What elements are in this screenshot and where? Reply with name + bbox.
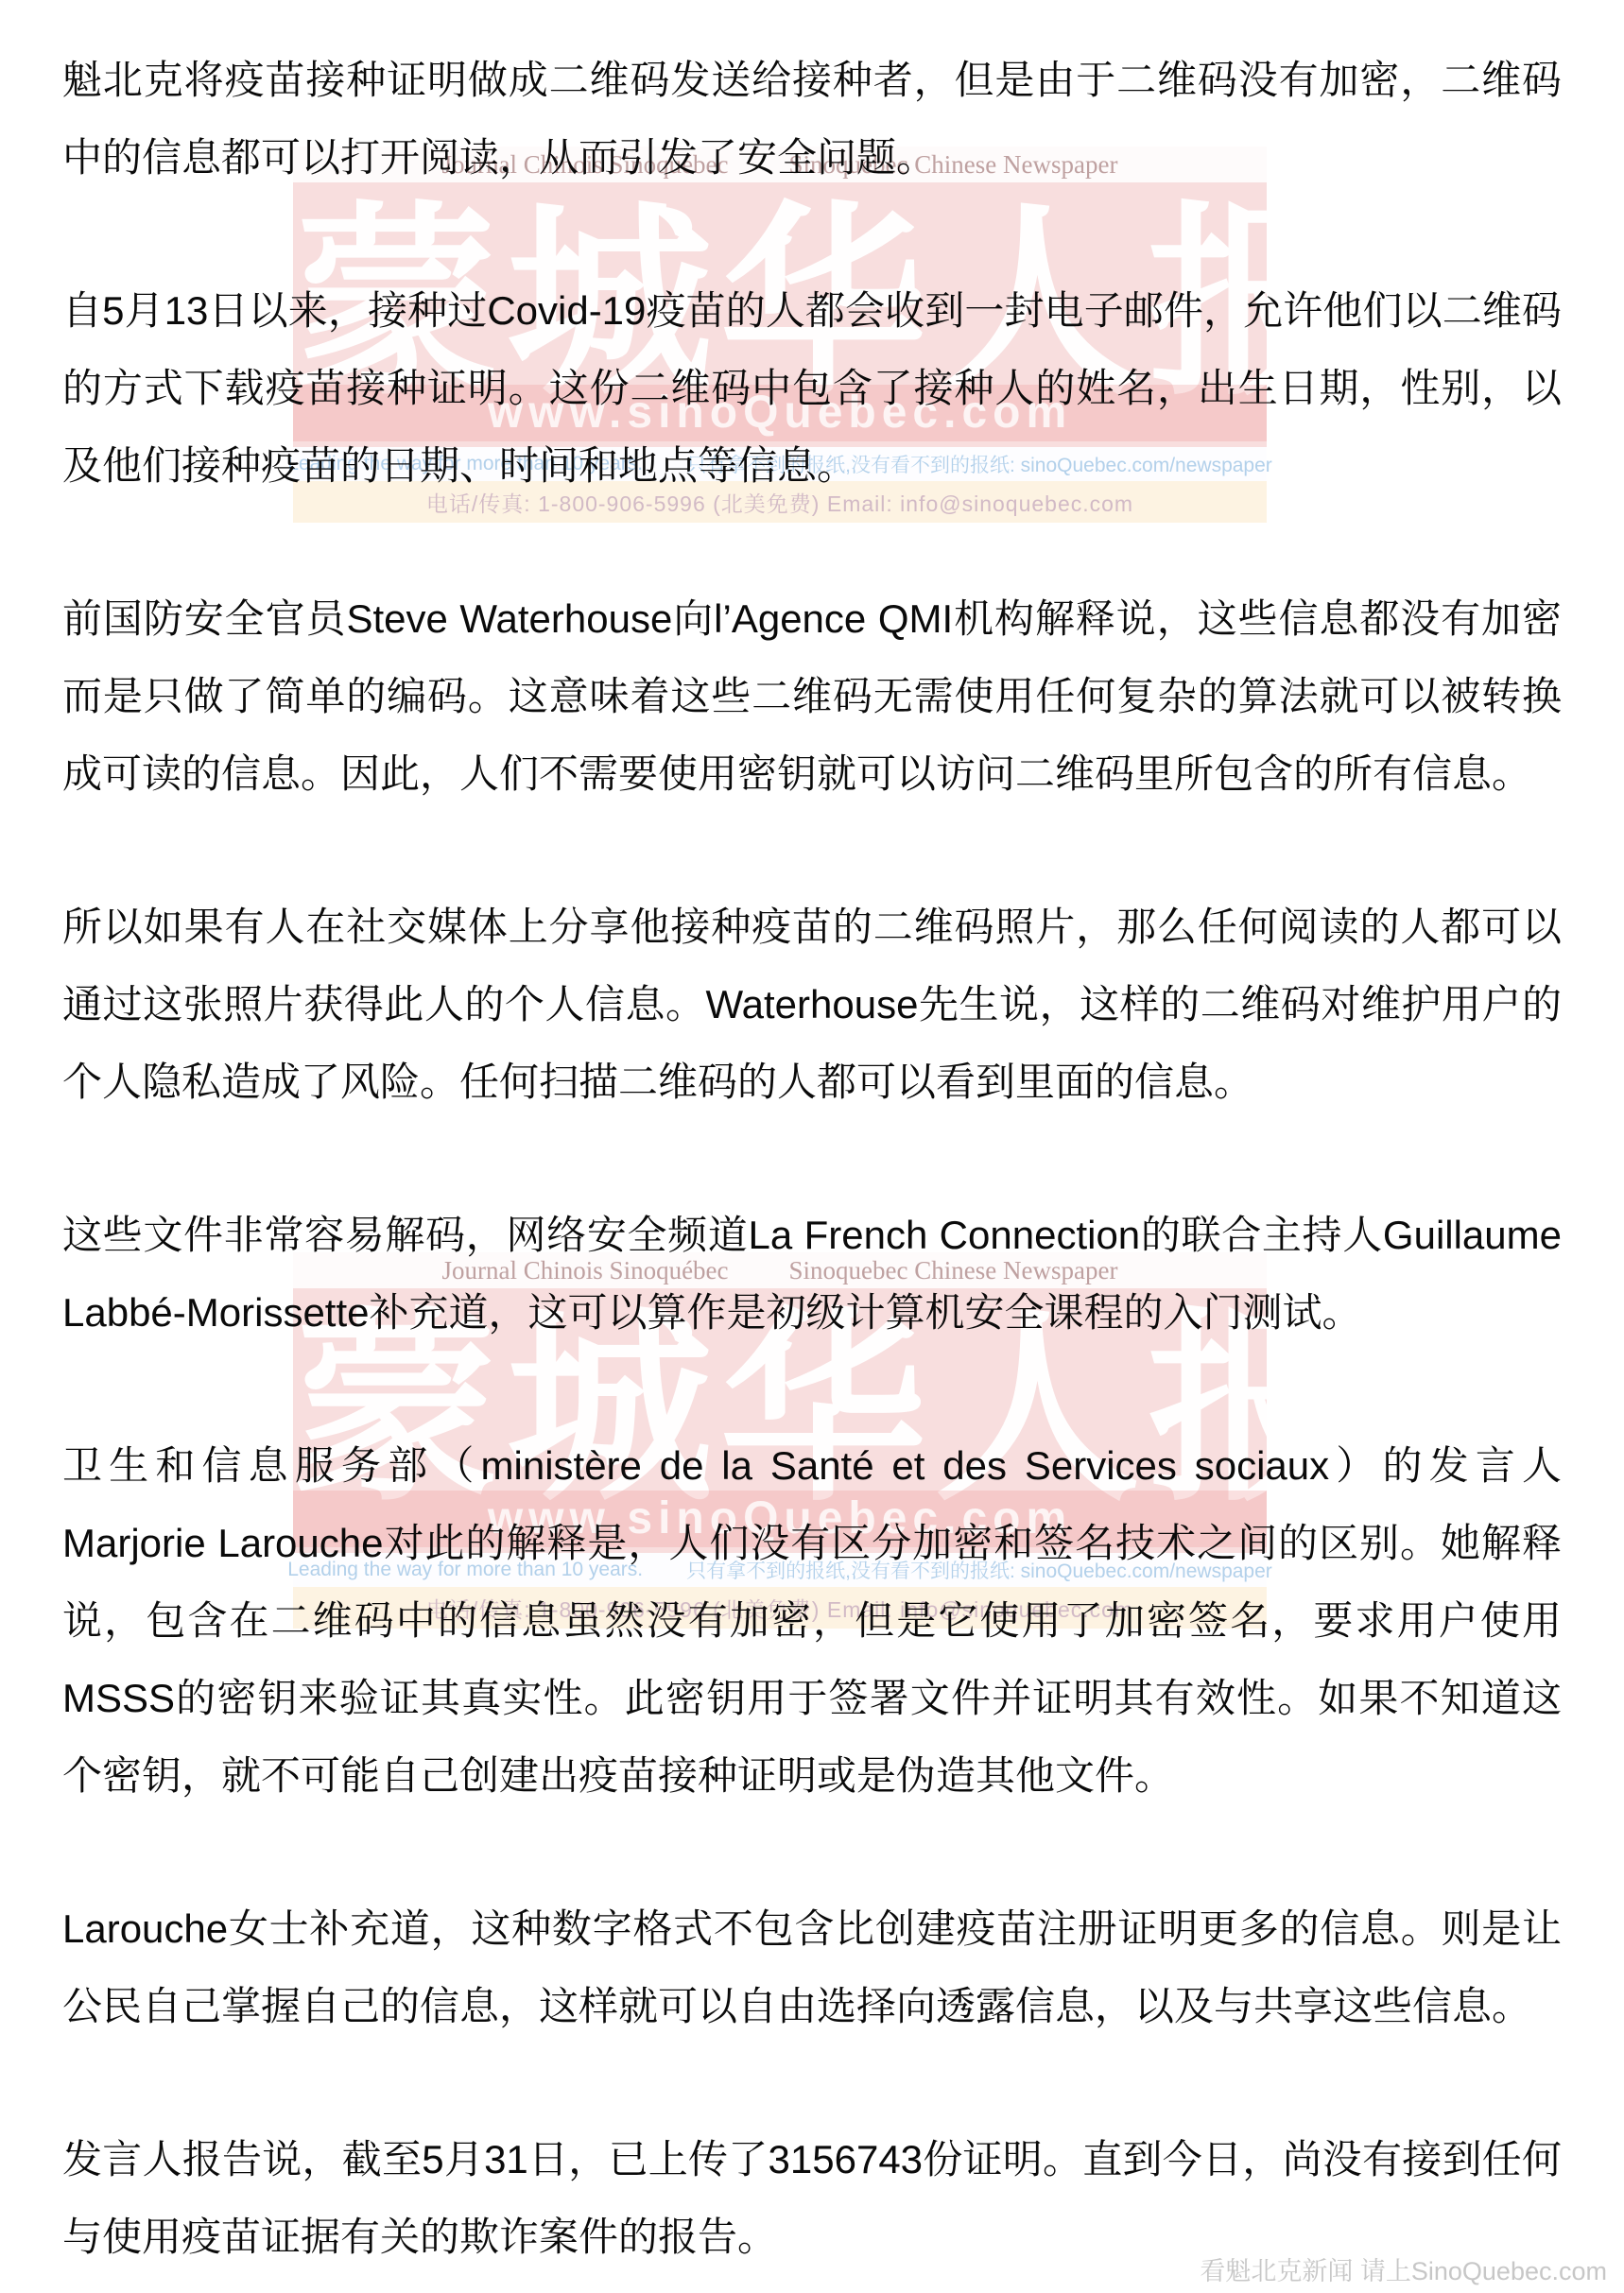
source-note: 看魁北克新闻 请上SinoQuebec.com	[1200, 2250, 1607, 2287]
article-paragraph: 所以如果有人在社交媒体上分享他接种疫苗的二维码照片，那么任何阅读的人都可以通过这…	[62, 888, 1562, 1121]
article-paragraph: 这些文件非常容易解码，网络安全频道La French Connection的联合…	[62, 1197, 1562, 1352]
article-body: 魁北克将疫苗接种证明做成二维码发送给接种者，但是由于二维码没有加密，二维码中的信…	[62, 42, 1562, 2276]
article-paragraph: 前国防安全官员Steve Waterhouse向l’Agence QMI机构解释…	[62, 580, 1562, 813]
article-paragraph: 卫生和信息服务部（ministère de la Santé et des Se…	[62, 1427, 1562, 1815]
article-paragraph: Larouche女士补充道，这种数字格式不包含比创建疫苗注册证明更多的信息。则是…	[62, 1890, 1562, 2045]
article-paragraph: 魁北克将疫苗接种证明做成二维码发送给接种者，但是由于二维码没有加密，二维码中的信…	[62, 42, 1562, 197]
article-paragraph: 自5月13日以来，接种过Covid-19疫苗的人都会收到一封电子邮件，允许他们以…	[62, 272, 1562, 505]
article-page: Journal Chinois Sinoquébec Sinoquebec Ch…	[0, 0, 1624, 2293]
